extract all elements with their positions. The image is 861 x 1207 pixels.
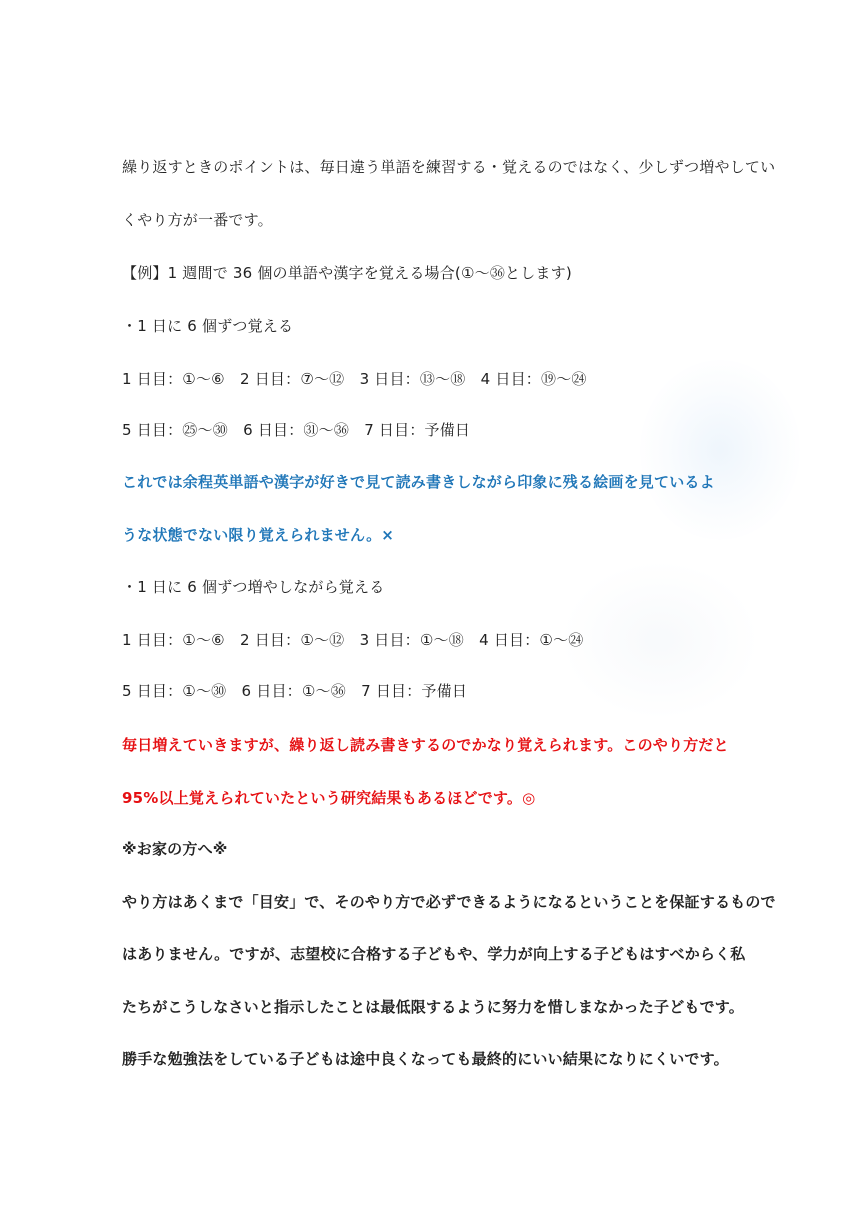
note-body-3: たちがこうしなさいと指示したことは最低限するように努力を惜しまなかった子どもです… bbox=[122, 997, 744, 1017]
note-body-2: はありません。ですが、志望校に合格する子どもや、学力が向上する子どもはすべからく… bbox=[122, 944, 746, 964]
method-b-comment-2: 95%以上覚えられていたという研究結果もあるほどです。◎ bbox=[122, 788, 535, 808]
note-body-1: やり方はあくまで「目安」で、そのやり方で必ずできるようになるということを保証する… bbox=[122, 892, 776, 912]
background-glow bbox=[640, 360, 800, 540]
background-glow bbox=[560, 560, 760, 720]
intro-line-1: 繰り返すときのポイントは、毎日違う単語を練習する・覚えるのではなく、少しずつ増や… bbox=[122, 157, 775, 177]
method-a-schedule-1: 1 日目：①～⑥ 2 日目：⑦～⑫ 3 日目：⑬～⑱ 4 日目：⑲～㉔ bbox=[122, 369, 587, 389]
method-b-label: ・1 日に 6 個ずつ増やしながら覚える bbox=[122, 577, 384, 597]
method-a-schedule-2: 5 日目：㉕～㉚ 6 日目：㉛～㊱ 7 日目：予備日 bbox=[122, 420, 470, 440]
intro-line-2: くやり方が一番です。 bbox=[122, 210, 273, 230]
method-a-label: ・1 日に 6 個ずつ覚える bbox=[122, 316, 293, 336]
method-b-schedule-1: 1 日目：①～⑥ 2 日目：①～⑫ 3 日目：①～⑱ 4 日目：①～㉔ bbox=[122, 630, 584, 650]
method-a-comment-2: うな状態でない限り覚えられません。× bbox=[122, 525, 394, 545]
example-heading: 【例】1 週間で 36 個の単語や漢字を覚える場合(①～㊱とします) bbox=[122, 263, 572, 283]
method-b-comment-1: 毎日増えていきますが、繰り返し読み書きするのでかなり覚えられます。このやり方だと bbox=[122, 735, 729, 755]
method-a-comment-1: これでは余程英単語や漢字が好きで見て読み書きしながら印象に残る絵画を見ているよ bbox=[122, 472, 715, 492]
note-body-4: 勝手な勉強法をしている子どもは途中良くなっても最終的にいい結果になりにくいです。 bbox=[122, 1049, 729, 1069]
method-b-schedule-2: 5 日目：①～㉚ 6 日目：①～㊱ 7 日目：予備日 bbox=[122, 681, 467, 701]
note-heading: ※お家の方へ※ bbox=[122, 839, 228, 859]
